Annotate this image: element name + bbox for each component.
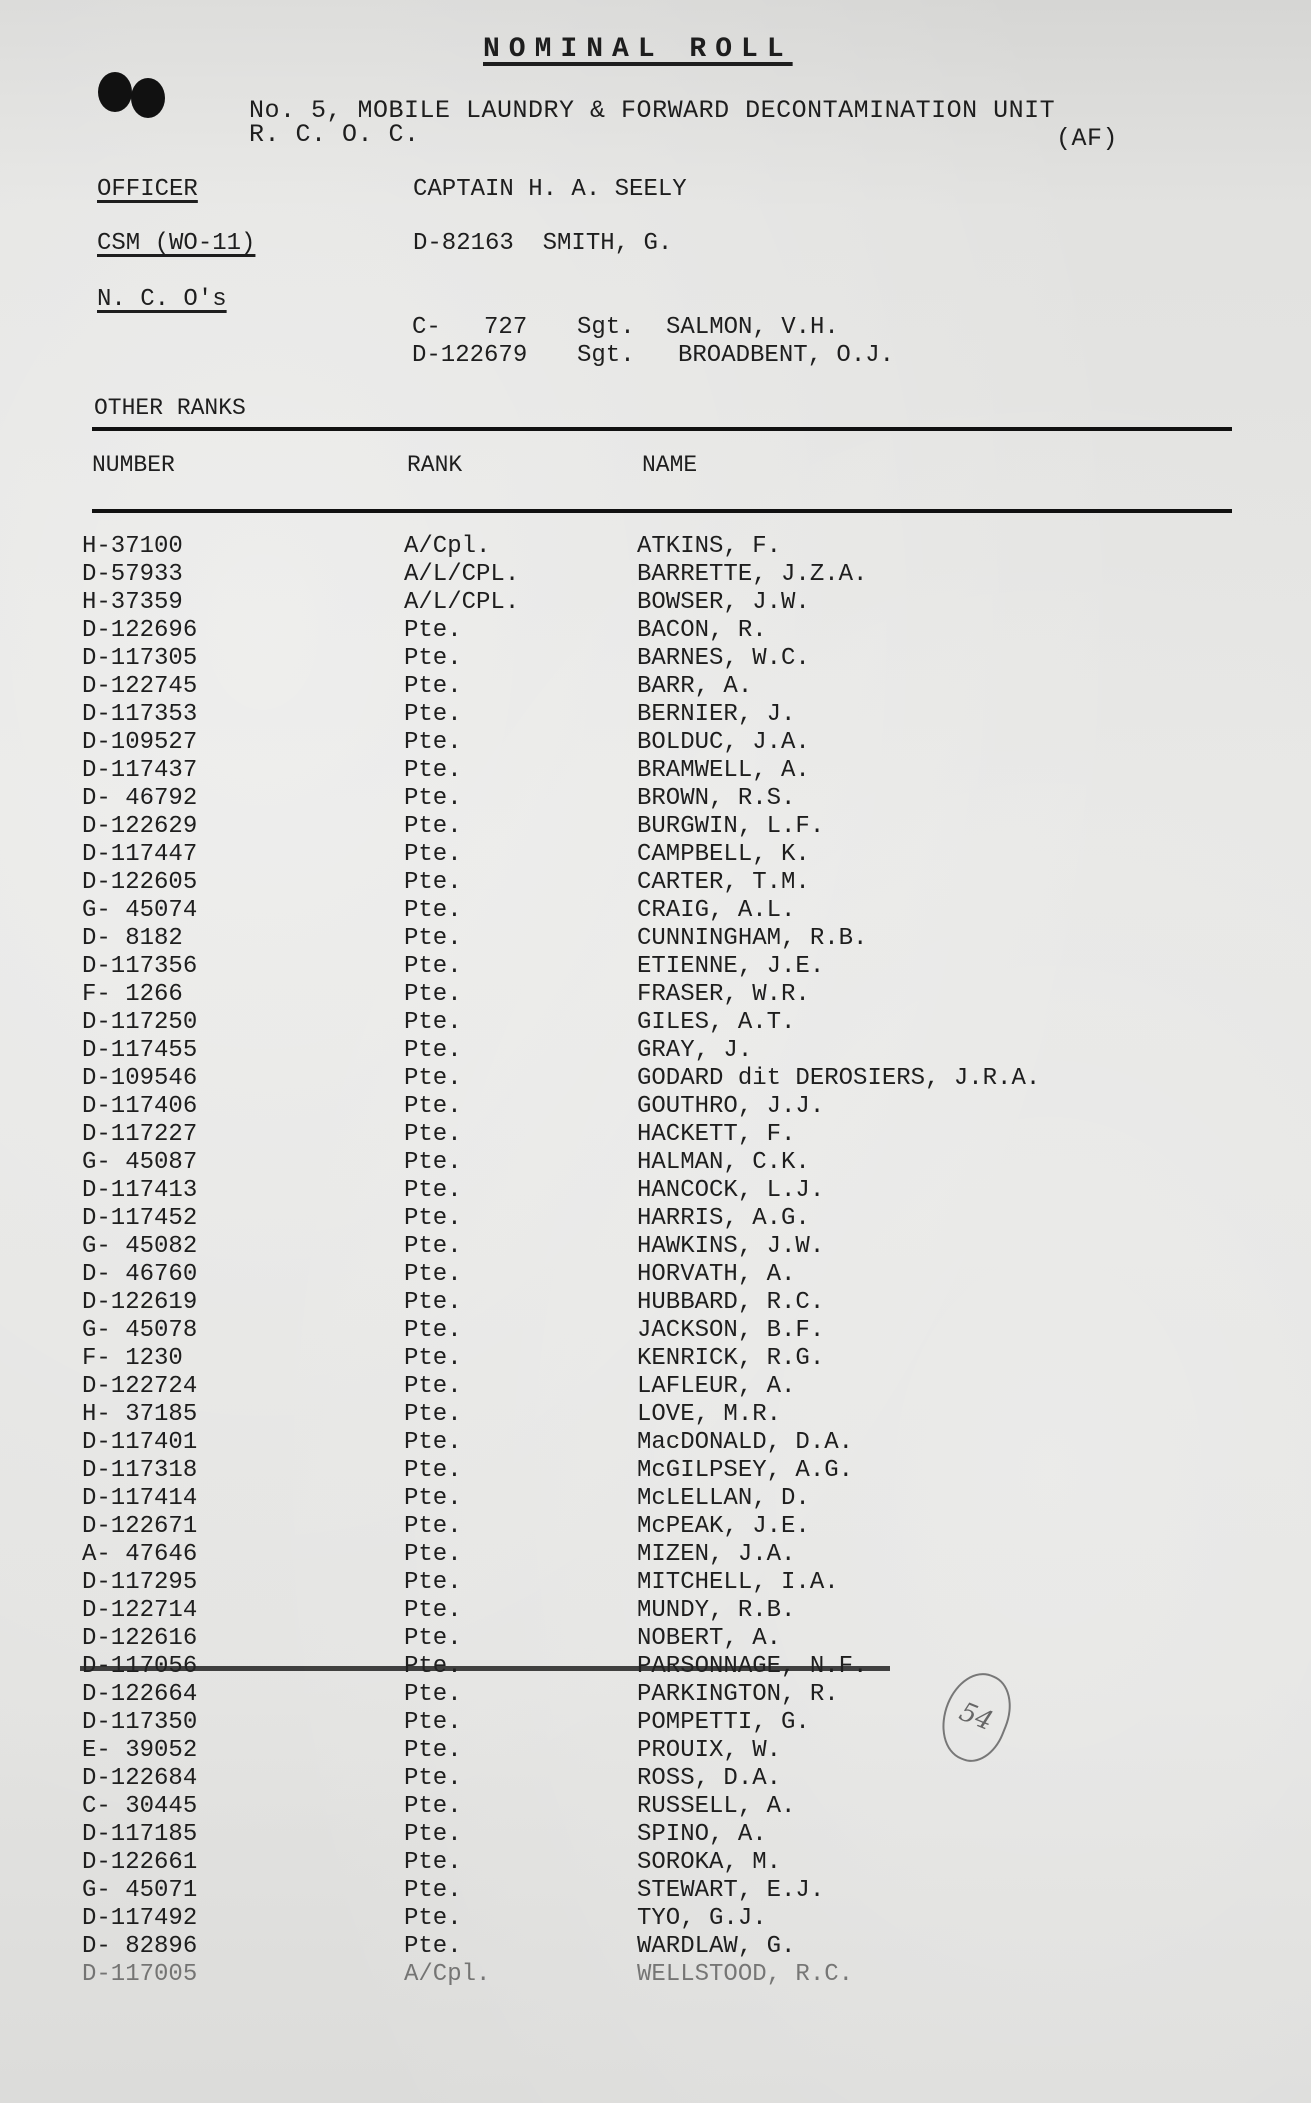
service-number: F- 1230 [82,1345,282,1373]
rank: Pte. [404,1569,584,1597]
service-number: D-122629 [82,813,282,841]
soldier-name: KENRICK, R.G. [637,1345,1197,1373]
service-number: D- 82896 [82,1933,282,1961]
officer-value: CAPTAIN H. A. SEELY [413,176,687,203]
service-number: D-109527 [82,729,282,757]
soldier-name: JACKSON, B.F. [637,1317,1197,1345]
service-number: D- 46792 [82,785,282,813]
service-number: D-117350 [82,1709,282,1737]
rank: Pte. [404,1317,584,1345]
service-number: H-37359 [82,589,282,617]
service-number: D-122605 [82,869,282,897]
service-number: D-57933 [82,561,282,589]
rank: Pte. [404,1457,584,1485]
rank: Pte. [404,757,584,785]
soldier-name: RUSSELL, A. [637,1793,1197,1821]
service-number: E- 39052 [82,1737,282,1765]
service-number: D-117492 [82,1905,282,1933]
soldier-name: POMPETTI, G. [637,1709,1197,1737]
service-number: D-122745 [82,673,282,701]
soldier-name: ROSS, D.A. [637,1765,1197,1793]
service-number: G- 45082 [82,1233,282,1261]
soldier-name: CARTER, T.M. [637,869,1197,897]
service-number: D-122696 [82,617,282,645]
service-number: D-117437 [82,757,282,785]
soldier-name: GOUTHRO, J.J. [637,1093,1197,1121]
soldier-name: HALMAN, C.K. [637,1149,1197,1177]
rank: Pte. [404,1485,584,1513]
rank: Pte. [404,1765,584,1793]
soldier-name: PARSONNAGE, N.F. [637,1653,1197,1681]
soldier-name: NOBERT, A. [637,1625,1197,1653]
service-number: D-122616 [82,1625,282,1653]
rank: Pte. [404,1877,584,1905]
service-number: D-117295 [82,1569,282,1597]
nco-number-1: C- 727 [412,314,527,341]
service-number: D-122661 [82,1849,282,1877]
rank: Pte. [404,1625,584,1653]
soldier-name: ETIENNE, J.E. [637,953,1197,981]
service-number: D-117452 [82,1205,282,1233]
nco-number-2: D-122679 [412,342,527,369]
officer-label: OFFICER [97,176,198,203]
rank: Pte. [404,1009,584,1037]
service-number: D-122724 [82,1373,282,1401]
rank: Pte. [404,617,584,645]
service-number: F- 1266 [82,981,282,1009]
soldier-name: MIZEN, J.A. [637,1541,1197,1569]
soldier-name: LOVE, M.R. [637,1401,1197,1429]
nominal-roll-page: NOMINAL ROLL No. 5, MOBILE LAUNDRY & FOR… [0,0,1311,2103]
csm-label: CSM (WO-11) [97,230,255,257]
service-number: H-37100 [82,533,282,561]
rank: Pte. [404,841,584,869]
rank: Pte. [404,1205,584,1233]
rank: Pte. [404,1653,584,1681]
soldier-name: McGILPSEY, A.G. [637,1457,1197,1485]
nco-name-2: BROADBENT, O.J. [678,342,894,369]
rank: Pte. [404,1513,584,1541]
service-number: D-117056 [82,1653,282,1681]
rank: Pte. [404,673,584,701]
service-number: D-117185 [82,1821,282,1849]
soldier-name: ATKINS, F. [637,533,1197,561]
soldier-name: BARR, A. [637,673,1197,701]
service-number: G- 45071 [82,1877,282,1905]
rank: Pte. [404,1093,584,1121]
soldier-name: SOROKA, M. [637,1849,1197,1877]
rank: Pte. [404,1849,584,1877]
rank: Pte. [404,1681,584,1709]
rank: Pte. [404,897,584,925]
soldier-name: McLELLAN, D. [637,1485,1197,1513]
service-number: C- 30445 [82,1793,282,1821]
rank: Pte. [404,1933,584,1961]
service-number: D-117406 [82,1093,282,1121]
soldier-name: GRAY, J. [637,1037,1197,1065]
rank: A/Cpl. [404,533,584,561]
soldier-name: TYO, G.J. [637,1905,1197,1933]
soldier-name: PARKINGTON, R. [637,1681,1197,1709]
soldier-name: BERNIER, J. [637,701,1197,729]
rank: A/Cpl. [404,1961,584,1989]
rank: A/L/CPL. [404,589,584,617]
service-number: D- 46760 [82,1261,282,1289]
rank: Pte. [404,1373,584,1401]
column-header-number: NUMBER [92,452,175,478]
soldier-name: HUBBARD, R.C. [637,1289,1197,1317]
soldier-name: GODARD dit DEROSIERS, J.R.A. [637,1065,1197,1093]
soldier-name: GILES, A.T. [637,1009,1197,1037]
service-number: D-117413 [82,1177,282,1205]
rank: Pte. [404,1597,584,1625]
header-rule-top [92,427,1232,431]
soldier-name: STEWART, E.J. [637,1877,1197,1905]
punch-hole-right [131,78,165,118]
rank: Pte. [404,1233,584,1261]
rank: Pte. [404,1149,584,1177]
service-number: D-117356 [82,953,282,981]
rank: Pte. [404,869,584,897]
rank: Pte. [404,1401,584,1429]
service-number: D-122684 [82,1765,282,1793]
soldier-name: FRASER, W.R. [637,981,1197,1009]
service-number: G- 45078 [82,1317,282,1345]
service-number: D-122714 [82,1597,282,1625]
soldier-name: HANCOCK, L.J. [637,1177,1197,1205]
soldier-name: BARNES, W.C. [637,645,1197,673]
rank: Pte. [404,1261,584,1289]
rank: Pte. [404,953,584,981]
document-title: NOMINAL ROLL [483,34,793,65]
soldier-name: BARRETTE, J.Z.A. [637,561,1197,589]
service-number: G- 45074 [82,897,282,925]
rank: Pte. [404,1037,584,1065]
soldier-name: MacDONALD, D.A. [637,1429,1197,1457]
service-number: D-117414 [82,1485,282,1513]
nco-rank-2: Sgt. [577,342,635,369]
nco-label: N. C. O's [97,286,227,313]
service-number: D-117005 [82,1961,282,1989]
service-number: D- 8182 [82,925,282,953]
rank: Pte. [404,981,584,1009]
rank: Pte. [404,1793,584,1821]
soldier-name: McPEAK, J.E. [637,1513,1197,1541]
column-header-name: NAME [642,452,697,478]
soldier-name: CRAIG, A.L. [637,897,1197,925]
rank: Pte. [404,1905,584,1933]
rank: Pte. [404,645,584,673]
soldier-name: CUNNINGHAM, R.B. [637,925,1197,953]
other-ranks-label: OTHER RANKS [94,395,246,421]
header-rule-bottom [92,509,1232,513]
nco-name-1: SALMON, V.H. [666,314,839,341]
soldier-name: BURGWIN, L.F. [637,813,1197,841]
punch-hole-left [98,72,132,112]
rank: Pte. [404,1429,584,1457]
soldier-name: BRAMWELL, A. [637,757,1197,785]
rank: Pte. [404,1065,584,1093]
soldier-name: BOWSER, J.W. [637,589,1197,617]
rank: Pte. [404,1289,584,1317]
rank: Pte. [404,813,584,841]
service-number: D-117455 [82,1037,282,1065]
soldier-name: MUNDY, R.B. [637,1597,1197,1625]
rank: Pte. [404,1177,584,1205]
rank: Pte. [404,925,584,953]
service-number: A- 47646 [82,1541,282,1569]
soldier-name: MITCHELL, I.A. [637,1569,1197,1597]
soldier-name: BROWN, R.S. [637,785,1197,813]
service-number: H- 37185 [82,1401,282,1429]
unit-suffix: (AF) [1056,124,1118,153]
soldier-name: SPINO, A. [637,1821,1197,1849]
soldier-name: HARRIS, A.G. [637,1205,1197,1233]
soldier-name: HACKETT, F. [637,1121,1197,1149]
rank: A/L/CPL. [404,561,584,589]
rank: Pte. [404,729,584,757]
service-number: D-117305 [82,645,282,673]
rank: Pte. [404,1541,584,1569]
soldier-name: HAWKINS, J.W. [637,1233,1197,1261]
service-number: D-117227 [82,1121,282,1149]
soldier-name: CAMPBELL, K. [637,841,1197,869]
soldier-name: WELLSTOOD, R.C. [637,1961,1197,1989]
rank: Pte. [404,1737,584,1765]
service-number: G- 45087 [82,1149,282,1177]
soldier-name: LAFLEUR, A. [637,1373,1197,1401]
soldier-name: HORVATH, A. [637,1261,1197,1289]
rank: Pte. [404,785,584,813]
soldier-name: BOLDUC, J.A. [637,729,1197,757]
rank: Pte. [404,701,584,729]
service-number: D-117250 [82,1009,282,1037]
service-number: D-117353 [82,701,282,729]
service-number: D-117318 [82,1457,282,1485]
soldier-name: WARDLAW, G. [637,1933,1197,1961]
service-number: D-122619 [82,1289,282,1317]
unit-name-line2: R. C. O. C. [249,120,420,149]
nco-rank-1: Sgt. [577,314,635,341]
service-number: D-122671 [82,1513,282,1541]
service-number: D-122664 [82,1681,282,1709]
soldier-name: PROUIX, W. [637,1737,1197,1765]
soldier-name: BACON, R. [637,617,1197,645]
service-number: D-117401 [82,1429,282,1457]
rank: Pte. [404,1121,584,1149]
service-number: D-109546 [82,1065,282,1093]
service-number: D-117447 [82,841,282,869]
rank: Pte. [404,1821,584,1849]
csm-value: D-82163 SMITH, G. [413,230,672,257]
column-header-rank: RANK [407,452,462,478]
rank: Pte. [404,1345,584,1373]
rank: Pte. [404,1709,584,1737]
